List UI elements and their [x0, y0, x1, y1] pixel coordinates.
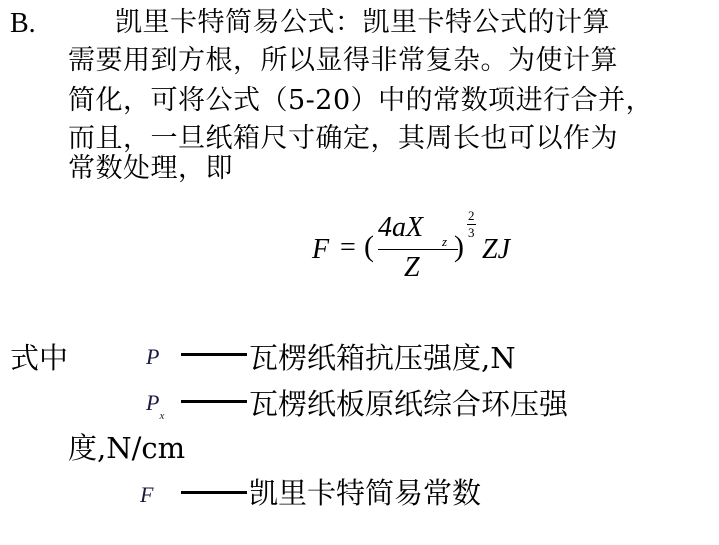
definition-px: 瓦楞纸板原纸综合环压强	[249, 382, 568, 423]
paragraph-line-4: 而且，一旦纸箱尺寸确定，其周长也可以作为	[68, 124, 618, 154]
formula-open-paren: (	[364, 230, 374, 264]
symbol-p: P	[146, 344, 159, 370]
symbol-px-text: P	[146, 390, 159, 415]
formula-lhs: F	[312, 234, 329, 266]
em-dash-2	[181, 400, 247, 403]
paragraph-line-1: 凯里卡特简易公式：凯里卡特公式的计算	[115, 8, 610, 38]
formula-numerator: 4aX	[378, 212, 423, 244]
symbol-px-subscript: x	[159, 410, 164, 422]
paragraph-line-5: 常数处理，即	[68, 154, 233, 184]
em-dash-1	[181, 353, 247, 356]
symbol-f: F	[140, 482, 153, 508]
paragraph-line-2: 需要用到方根，所以显得非常复杂。为使计算	[68, 46, 618, 76]
definition-p: 瓦楞纸箱抗压强度,N	[249, 336, 516, 377]
formula: F = ( 4aX z Z ) 2 3 ZJ	[312, 212, 542, 292]
paragraph-line-3: 简化，可将公式（5-20）中的常数项进行合并，	[68, 86, 653, 116]
symbol-px: Px	[146, 390, 164, 418]
section-marker: B.	[10, 8, 36, 40]
formula-numerator-subscript: z	[442, 234, 447, 250]
formula-tail: ZJ	[482, 234, 510, 266]
formula-close-paren: )	[454, 230, 464, 264]
formula-denominator: Z	[404, 252, 420, 284]
definition-f: 凯里卡特简易常数	[249, 471, 481, 512]
em-dash-3	[181, 491, 247, 494]
symbol-p-text: P	[146, 344, 159, 369]
fraction-bar	[378, 249, 458, 250]
exponent-denominator: 3	[468, 225, 475, 241]
symbol-f-text: F	[140, 482, 153, 507]
formula-equals: =	[340, 232, 356, 264]
definitions-lead: 式中	[10, 336, 68, 377]
definition-px-continuation: 度,N/cm	[68, 426, 185, 467]
exponent-numerator: 2	[468, 208, 475, 224]
